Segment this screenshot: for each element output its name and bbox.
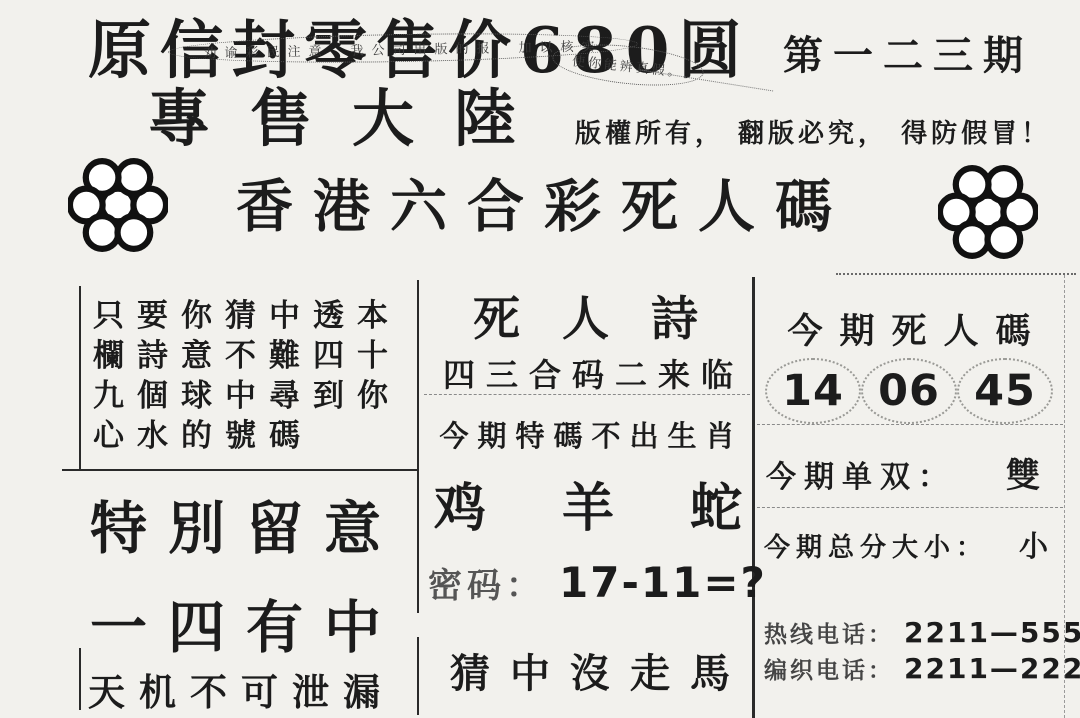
hotline-row: 热线电话： 2211—5555 [764, 616, 1054, 649]
secret-code-value: 17-11=? [559, 558, 767, 607]
divider-right-dashed-1 [757, 424, 1063, 425]
phone2-number: 2211—2222 [904, 652, 1080, 685]
zodiac-row: 鸡 羊 蛇 [434, 466, 742, 541]
odd-even-row: 今期单双： 雙 [766, 448, 1040, 497]
odd-even-value: 雙 [1006, 448, 1040, 497]
dead-code-numbers: 14 06 45 [765, 358, 1053, 424]
flower-cluster-icon [68, 155, 168, 255]
flower-cluster-icon [938, 162, 1038, 262]
divider-left-horizontal [62, 469, 418, 471]
divider-left-border-top [79, 286, 81, 470]
divider-right-dashed-2 [757, 507, 1063, 508]
secret-code-label: 密码： [428, 558, 545, 607]
zodiac-item: 鸡 [434, 466, 486, 541]
exclusive-sale-title: 專售大陸 [148, 76, 556, 162]
current-dead-code-title: 今期死人碼 [770, 304, 1048, 354]
main-title: 香港六合彩死人碼 [236, 166, 852, 248]
dead-man-poem-line: 四三合码二来临 [424, 350, 752, 396]
phone2-label: 编织电话： [764, 652, 894, 685]
lottery-tip-sheet: 原信封零售价680圆 第一二三期 劝谕彩民注意 我公司出版的报 加以核实 使你能… [0, 0, 1080, 718]
dead-man-poem-title: 死人詩 [418, 282, 753, 349]
phone2-row: 编织电话： 2211—2222 [764, 652, 1054, 685]
total-size-row: 今期总分大小： 小 [764, 524, 1048, 565]
poem-line: 九個球中尋到你 [93, 376, 415, 416]
zodiac-item: 羊 [562, 466, 614, 541]
total-size-label: 今期总分大小： [764, 527, 988, 564]
left-poem: 只要你猜中透本 欄詩意不難四十 九個球中尋到你 心水的號碼 [93, 296, 415, 456]
zodiac-hint-text: 今期特碼不出生肖 [422, 414, 752, 455]
copyright-notice: 版權所有， 翻版必究， 得防假冒！ [575, 114, 1055, 154]
issue-number: 第一二三期 [783, 24, 1033, 81]
zodiac-item: 蛇 [690, 466, 742, 541]
one-four-hit-text: 一四有中 [90, 586, 402, 670]
hotline-number: 2211—5555 [904, 616, 1080, 649]
poem-line: 欄詩意不難四十 [93, 336, 415, 376]
total-size-value: 小 [1019, 524, 1048, 565]
heaven-secret-text: 天机不可泄漏 [88, 662, 394, 716]
odd-even-label: 今期单双： [766, 452, 956, 496]
divider-col1-col2-lower [417, 637, 419, 715]
dead-code-number: 06 [861, 358, 957, 424]
guess-hit-text: 猜中沒走馬 [430, 642, 745, 699]
dead-code-number: 14 [765, 358, 861, 424]
divider-top-right-dotted [836, 273, 1076, 275]
dead-code-number: 45 [957, 358, 1053, 424]
divider-left-border-bottom [79, 648, 81, 710]
hotline-label: 热线电话： [764, 616, 894, 649]
special-attention-text: 特別留意 [90, 486, 402, 572]
poem-line: 心水的號碼 [93, 416, 415, 456]
poem-line: 只要你猜中透本 [93, 296, 415, 336]
secret-code-row: 密码： 17-11=? [428, 558, 752, 607]
